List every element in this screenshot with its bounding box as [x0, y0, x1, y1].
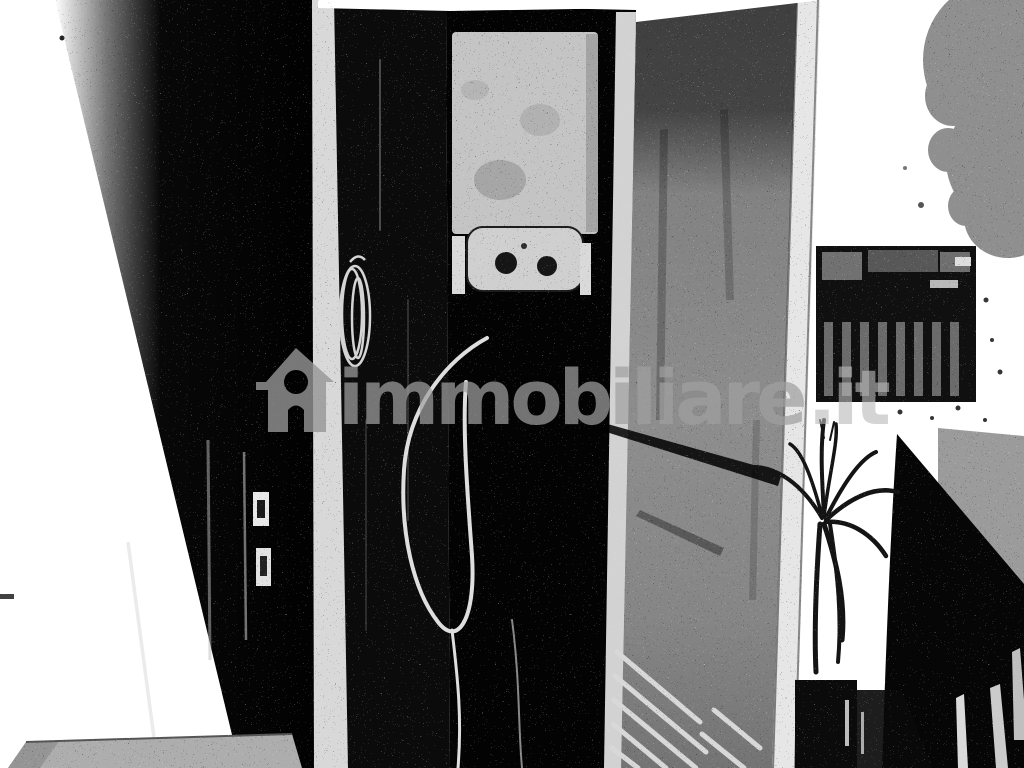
photo-canvas: [0, 0, 1024, 768]
photo-screenshot: immobiliare .it: [0, 0, 1024, 768]
